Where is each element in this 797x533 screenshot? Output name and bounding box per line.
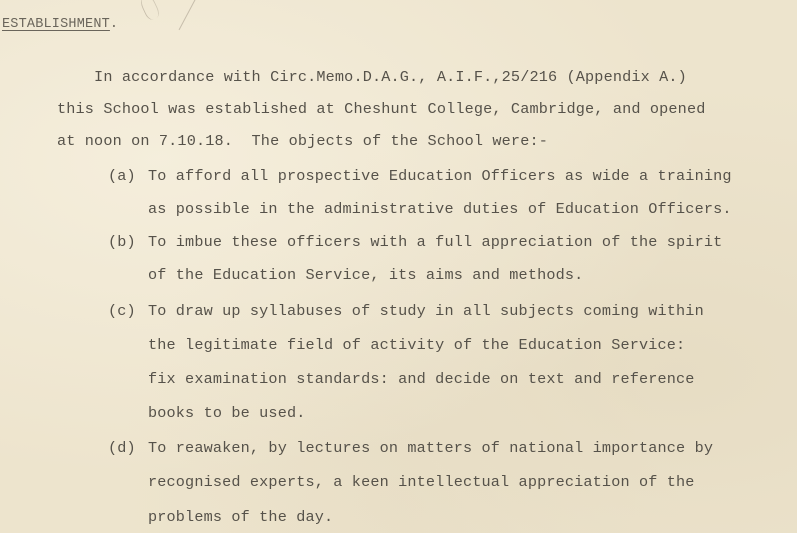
object-a-line: To afford all prospective Education Offi… (148, 167, 732, 185)
document-page: ESTABLISHMENT. In accordance with Circ.M… (0, 0, 797, 533)
object-label-a: (a) (108, 167, 136, 185)
intro-line: at noon on 7.10.18. The objects of the S… (57, 132, 548, 150)
object-c-line: books to be used. (148, 404, 306, 422)
object-d-line: recognised experts, a keen intellectual … (148, 473, 695, 491)
section-heading-punct: . (110, 17, 118, 32)
section-heading: ESTABLISHMENT. (2, 17, 118, 32)
section-heading-text: ESTABLISHMENT (2, 17, 110, 32)
intro-line: this School was established at Cheshunt … (57, 100, 705, 118)
intro-line: In accordance with Circ.Memo.D.A.G., A.I… (57, 68, 687, 86)
object-c-line: the legitimate field of activity of the … (148, 336, 685, 354)
object-b-line: of the Education Service, its aims and m… (148, 266, 583, 284)
object-a-line: as possible in the administrative duties… (148, 200, 732, 218)
object-label-d: (d) (108, 439, 136, 457)
object-d-line: problems of the day. (148, 508, 333, 526)
object-b-line: To imbue these officers with a full appr… (148, 233, 722, 251)
object-c-line: To draw up syllabuses of study in all su… (148, 302, 704, 320)
object-c-line: fix examination standards: and decide on… (148, 370, 695, 388)
paper-mark (179, 0, 197, 30)
paper-mark (139, 0, 162, 22)
object-label-b: (b) (108, 233, 136, 251)
object-label-c: (c) (108, 302, 136, 320)
object-d-line: To reawaken, by lectures on matters of n… (148, 439, 713, 457)
